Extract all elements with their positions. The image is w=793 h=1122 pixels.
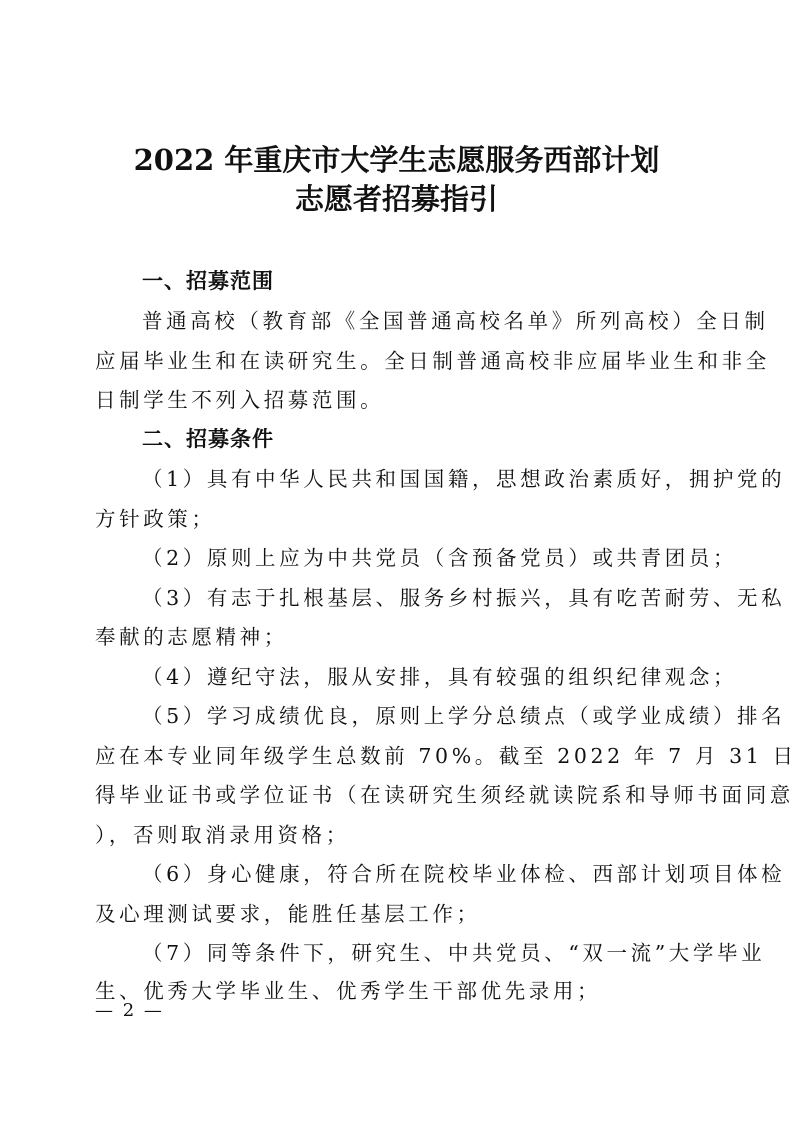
paragraph-line: 应届毕业生和在读研究生。全日制普通高校非应届毕业生和非全 [95,344,770,374]
section-heading-conditions: 二、招募条件 [142,423,274,453]
condition-item-2: （2）原则上应为中共党员（含预备党员）或共青团员； [142,541,737,571]
condition-item-3: （3）有志于扎根基层、服务乡村振兴，具有吃苦耐劳、无私 [142,581,785,611]
paragraph-line: 普通高校（教育部《全国普通高校名单》所列高校）全日制 [142,304,769,334]
condition-item-6: （6）身心健康，符合所在院校毕业体检、西部计划项目体检 [142,857,785,887]
section-heading-scope: 一、招募范围 [142,265,274,295]
condition-item-7-cont: 生、优秀大学毕业生、优秀学生干部优先录用； [95,974,601,1004]
condition-item-5-cont: ），否则取消录用资格； [95,818,350,848]
condition-item-5: （5）学习成绩优良，原则上学分总绩点（或学业成绩）排名 [142,699,785,729]
paragraph-line: 日制学生不列入招募范围。 [95,383,384,413]
condition-item-6-cont: 及心理测试要求，能胜任基层工作； [95,897,481,927]
document-title-line1: 2022 年重庆市大学生志愿服务西部计划 [0,138,793,179]
document-title-line2: 志愿者招募指引 [0,177,793,218]
condition-item-5-cont: 应在本专业同年级学生总数前 70%。截至 2022 年 7 月 31 日，须取 [95,739,793,769]
condition-item-1-cont: 方针政策； [95,502,216,532]
condition-item-1: （1）具有中华人民共和国国籍，思想政治素质好，拥护党的 [142,462,785,492]
condition-item-4: （4）遵纪守法，服从安排，具有较强的组织纪律观念； [142,660,737,690]
condition-item-5-cont: 得毕业证书或学位证书（在读研究生须经就读院系和导师书面同意 [95,778,793,808]
condition-item-3-cont: 奉献的志愿精神； [95,620,288,650]
condition-item-7: （7）同等条件下，研究生、中共党员、“双一流”大学毕业 [142,936,765,966]
page-number: — 2 — [95,1000,164,1021]
